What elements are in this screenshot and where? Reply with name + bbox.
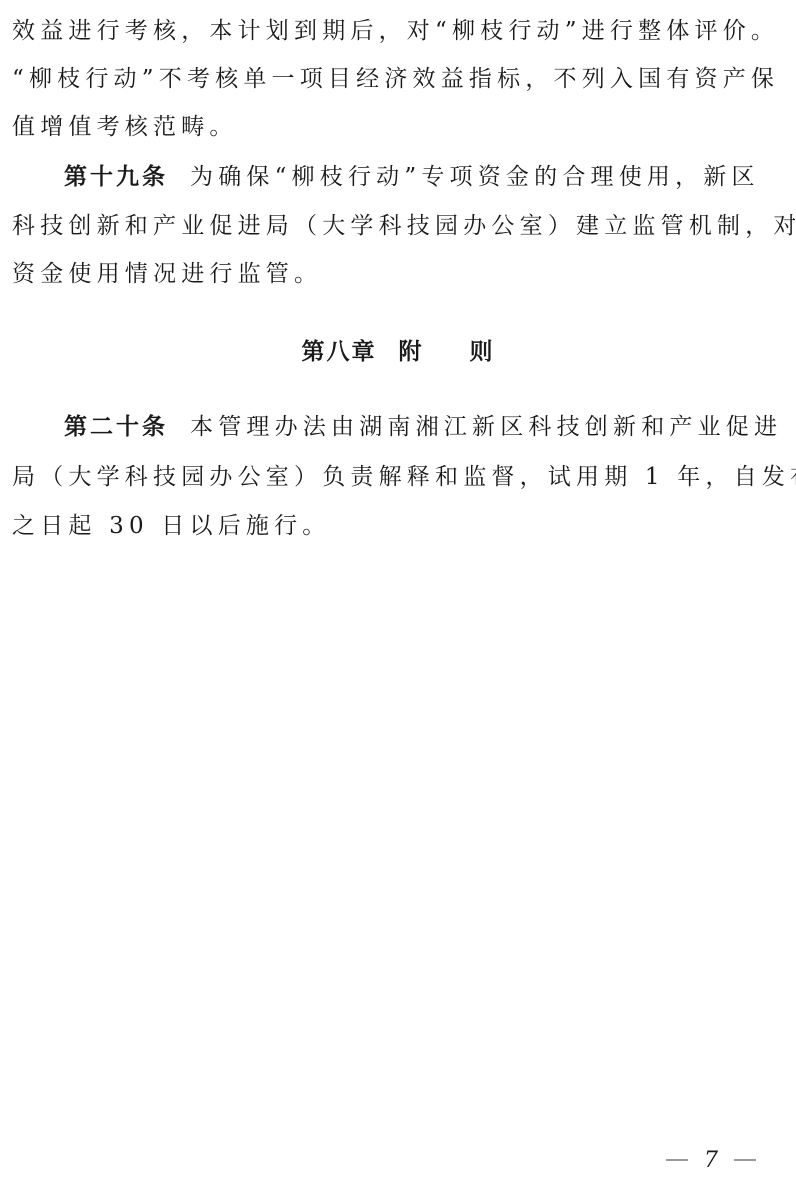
paragraph-line: 科技创新和产业促进局（大学科技园办公室）建立监管机制，对 <box>12 211 784 241</box>
page-number: 7 <box>704 1146 718 1176</box>
article-19-text: 为确保“柳枝行动”专项资金的合理使用，新区 <box>190 164 760 190</box>
article-20-first-line: 第二十条本管理办法由湖南湘江新区科技创新和产业促进 <box>12 412 796 442</box>
page-footer: 7 <box>666 1146 766 1176</box>
paragraph-line: 资金使用情况进行监管。 <box>12 259 784 289</box>
chapter-title-part2: 则 <box>470 339 495 365</box>
chapter-title-part1: 附 <box>399 339 424 365</box>
article-19-first-line: 第十九条为确保“柳枝行动”专项资金的合理使用，新区 <box>12 162 796 192</box>
footer-dash-right <box>734 1159 756 1161</box>
footer-dash-left <box>666 1159 688 1161</box>
article-20-text: 本管理办法由湖南湘江新区科技创新和产业促进 <box>190 414 782 440</box>
paragraph-line: 之日起 30 日以后施行。 <box>12 511 784 541</box>
paragraph-line: 效益进行考核，本计划到期后，对“柳枝行动”进行整体评价。 <box>12 16 784 46</box>
chapter-number: 第八章 <box>302 339 377 365</box>
paragraph-line: 局（大学科技园办公室）负责解释和监督，试用期 1 年，自发布 <box>12 462 784 492</box>
paragraph-line: “柳枝行动”不考核单一项目经济效益指标，不列入国有资产保 <box>12 64 784 94</box>
article-20-label: 第二十条 <box>64 414 168 440</box>
chapter-heading: 第八章附则 <box>12 337 784 367</box>
article-19-label: 第十九条 <box>64 164 168 190</box>
paragraph-line: 值增值考核范畴。 <box>12 112 784 142</box>
